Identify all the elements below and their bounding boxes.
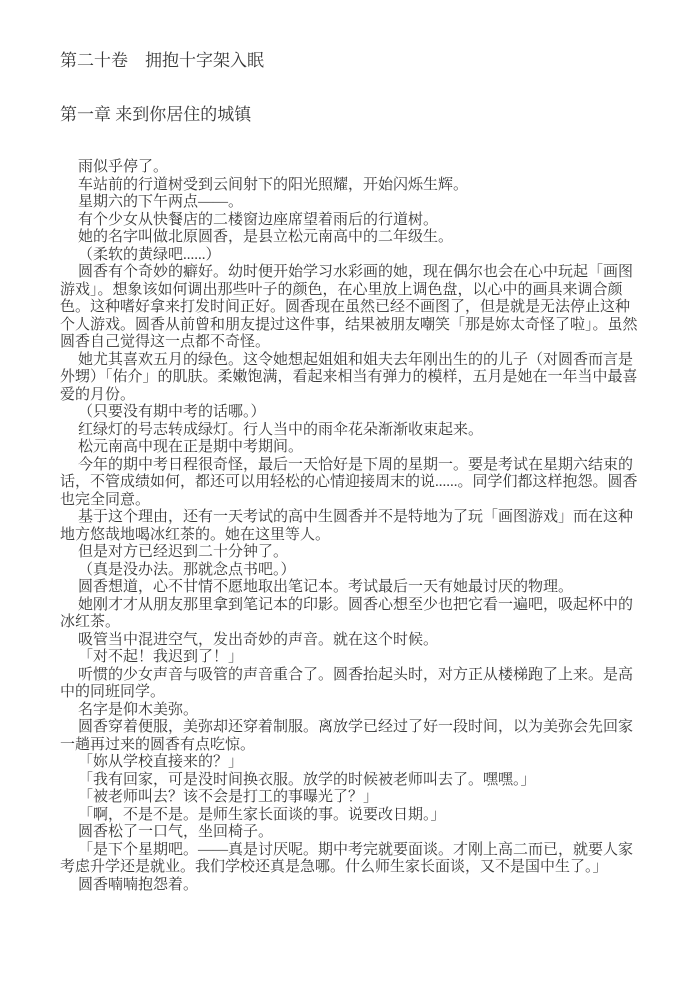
paragraph: 红绿灯的号志转成绿灯。行人当中的雨伞花朵渐渐收束起来。	[60, 422, 640, 440]
paragraph: 松元南高中现在正是期中考期间。	[60, 439, 640, 457]
paragraph: 「我有回家，可是没时间换衣服。放学的时候被老师叫去了。嘿嘿。」	[60, 772, 640, 790]
paragraph: 圆香有个奇妙的癖好。幼时便开始学习水彩画的她，现在偶尔也会在心中玩起「画图游戏」…	[60, 264, 640, 352]
paragraph: 但是对方已经迟到二十分钟了。	[60, 544, 640, 562]
paragraph: 雨似乎停了。	[60, 159, 640, 177]
body-text: 雨似乎停了。车站前的行道树受到云间射下的阳光照耀，开始闪烁生辉。星期六的下午两点…	[60, 159, 640, 894]
paragraph: 圆香喃喃抱怨着。	[60, 877, 640, 895]
novel-page: 第二十卷 拥抱十字架入眠 第一章 来到你居住的城镇 雨似乎停了。车站前的行道树受…	[0, 0, 700, 993]
paragraph: 星期六的下午两点——。	[60, 194, 640, 212]
paragraph: 「对不起！我迟到了！」	[60, 649, 640, 667]
chapter-title: 第一章 来到你居住的城镇	[60, 104, 640, 126]
paragraph: （只要没有期中考的话哪。）	[60, 404, 640, 422]
paragraph: （柔软的黄绿吧......）	[60, 247, 640, 265]
volume-title: 第二十卷 拥抱十字架入眠	[60, 50, 640, 72]
paragraph: 圆香松了一口气，坐回椅子。	[60, 824, 640, 842]
paragraph: 「啊，不是不是。是师生家长面谈的事。说要改日期。」	[60, 807, 640, 825]
paragraph: 名字是仰木美弥。	[60, 702, 640, 720]
paragraph: 今年的期中考日程很奇怪，最后一天恰好是下周的星期一。要是考试在星期六结束的话，不…	[60, 457, 640, 510]
paragraph: 「被老师叫去？该不会是打工的事曝光了？」	[60, 789, 640, 807]
paragraph: 车站前的行道树受到云间射下的阳光照耀，开始闪烁生辉。	[60, 177, 640, 195]
paragraph: 圆香穿着便服，美弥却还穿着制服。离放学已经过了好一段时间，以为美弥会先回家一趟再…	[60, 719, 640, 754]
paragraph: （真是没办法。那就念点书吧。）	[60, 562, 640, 580]
paragraph: 听惯的少女声音与吸管的声音重合了。圆香抬起头时，对方正从楼梯跑了上来。是高中的同…	[60, 667, 640, 702]
paragraph: 「妳从学校直接来的？」	[60, 754, 640, 772]
paragraph: 她刚才才从朋友那里拿到笔记本的印影。圆香心想至少也把它看一遍吧，吸起杯中的冰红茶…	[60, 597, 640, 632]
paragraph: 她的名字叫做北原圆香，是县立松元南高中的二年级生。	[60, 229, 640, 247]
paragraph: 基于这个理由，还有一天考试的高中生圆香并不是特地为了玩「画图游戏」而在这种地方悠…	[60, 509, 640, 544]
paragraph: 她尤其喜欢五月的绿色。这令她想起姐姐和姐夫去年刚出生的的儿子（对圆香而言是外甥）…	[60, 352, 640, 405]
paragraph: 吸管当中混进空气，发出奇妙的声音。就在这个时候。	[60, 632, 640, 650]
paragraph: 圆香想道，心不甘情不愿地取出笔记本。考试最后一天有她最讨厌的物理。	[60, 579, 640, 597]
paragraph: 有个少女从快餐店的二楼窗边座席望着雨后的行道树。	[60, 212, 640, 230]
paragraph: 「是下个星期吧。——真是讨厌呢。期中考完就要面谈。才刚上高二而已，就要人家考虑升…	[60, 842, 640, 877]
